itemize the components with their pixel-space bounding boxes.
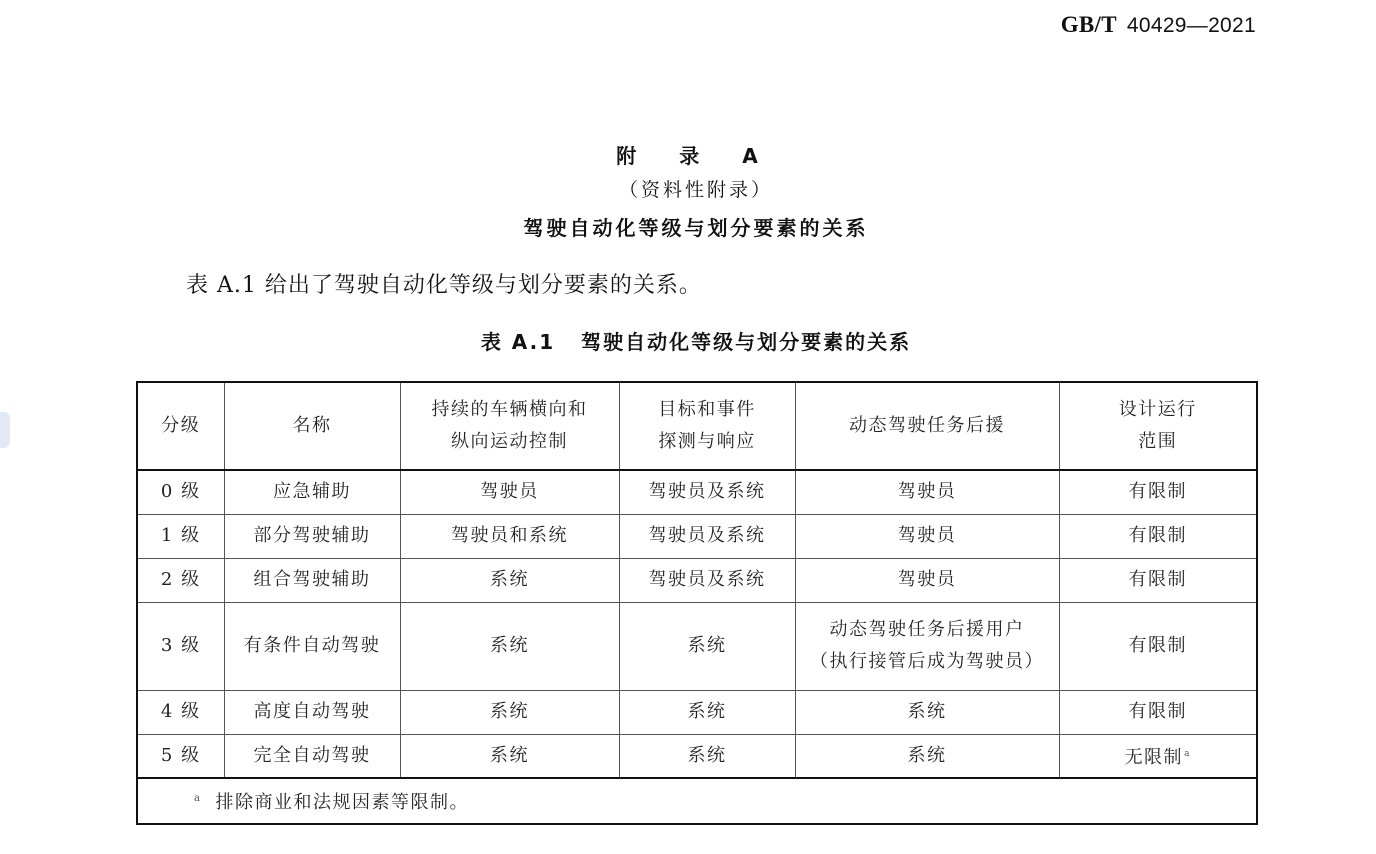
automation-levels-table: 分级 名称 持续的车辆横向和纵向运动控制 目标和事件探测与响应 动态驾驶任务后援…	[136, 381, 1258, 825]
cell-odd: 有限制	[1059, 558, 1257, 602]
cell-oedr: 系统	[619, 734, 795, 778]
table-footnote-row: a排除商业和法规因素等限制。	[137, 778, 1257, 824]
footnote-text: 排除商业和法规因素等限制。	[215, 792, 469, 813]
cell-motion-control: 驾驶员和系统	[400, 514, 619, 558]
watermark-fragment	[0, 412, 10, 448]
header-motion-control: 持续的车辆横向和纵向运动控制	[400, 382, 619, 470]
cell-oedr: 驾驶员及系统	[619, 558, 795, 602]
cell-odd: 有限制	[1059, 470, 1257, 514]
cell-level: 4 级	[137, 690, 224, 734]
cell-name: 有条件自动驾驶	[224, 602, 400, 690]
cell-motion-control: 系统	[400, 690, 619, 734]
table-row: 0 级 应急辅助 驾驶员 驾驶员及系统 驾驶员 有限制	[137, 470, 1257, 514]
table-header-row: 分级 名称 持续的车辆横向和纵向运动控制 目标和事件探测与响应 动态驾驶任务后援…	[137, 382, 1257, 470]
table-row: 2 级 组合驾驶辅助 系统 驾驶员及系统 驾驶员 有限制	[137, 558, 1257, 602]
cell-odd: 有限制	[1059, 602, 1257, 690]
cell-oedr: 系统	[619, 602, 795, 690]
cell-odd: 无限制a	[1059, 734, 1257, 778]
cell-oedr: 驾驶员及系统	[619, 514, 795, 558]
header-odd: 设计运行范围	[1059, 382, 1257, 470]
cell-oedr: 系统	[619, 690, 795, 734]
table-row: 4 级 高度自动驾驶 系统 系统 系统 有限制	[137, 690, 1257, 734]
appendix-name: 驾驶自动化等级与划分要素的关系	[0, 212, 1376, 241]
cell-level: 1 级	[137, 514, 224, 558]
header-oedr: 目标和事件探测与响应	[619, 382, 795, 470]
footnote-mark: a	[194, 793, 201, 804]
cell-name: 完全自动驾驶	[224, 734, 400, 778]
cell-level: 2 级	[137, 558, 224, 602]
table-row: 1 级 部分驾驶辅助 驾驶员和系统 驾驶员及系统 驾驶员 有限制	[137, 514, 1257, 558]
cell-fallback: 系统	[795, 690, 1059, 734]
cell-fallback: 驾驶员	[795, 470, 1059, 514]
table-caption: 表 A.1驾驶自动化等级与划分要素的关系	[0, 326, 1376, 355]
table-caption-title: 驾驶自动化等级与划分要素的关系	[581, 330, 911, 354]
cell-name: 部分驾驶辅助	[224, 514, 400, 558]
cell-odd: 有限制	[1059, 514, 1257, 558]
cell-name: 高度自动驾驶	[224, 690, 400, 734]
cell-name: 组合驾驶辅助	[224, 558, 400, 602]
cell-fallback: 驾驶员	[795, 514, 1059, 558]
cell-level: 0 级	[137, 470, 224, 514]
cell-fallback: 动态驾驶任务后援用户（执行接管后成为驾驶员）	[795, 602, 1059, 690]
cell-fallback: 系统	[795, 734, 1059, 778]
header-level: 分级	[137, 382, 224, 470]
cell-odd: 有限制	[1059, 690, 1257, 734]
cell-level: 5 级	[137, 734, 224, 778]
odd-value: 无限制	[1125, 747, 1184, 768]
cell-motion-control: 系统	[400, 734, 619, 778]
appendix-type: （资料性附录）	[0, 175, 1376, 202]
standard-number: 40429—2021	[1127, 14, 1256, 37]
table-row: 5 级 完全自动驾驶 系统 系统 系统 无限制a	[137, 734, 1257, 778]
cell-motion-control: 系统	[400, 558, 619, 602]
standard-code: GB/T40429—2021	[1061, 12, 1256, 38]
footnote-ref: a	[1184, 749, 1191, 759]
header-fallback: 动态驾驶任务后援	[795, 382, 1059, 470]
table-caption-id: 表 A.1	[481, 330, 555, 354]
cell-name: 应急辅助	[224, 470, 400, 514]
header-name: 名称	[224, 382, 400, 470]
intro-paragraph: 表 A.1 给出了驾驶自动化等级与划分要素的关系。	[186, 268, 702, 299]
table-row: 3 级 有条件自动驾驶 系统 系统 动态驾驶任务后援用户（执行接管后成为驾驶员）…	[137, 602, 1257, 690]
standard-prefix: GB/T	[1061, 12, 1117, 37]
cell-fallback: 驾驶员	[795, 558, 1059, 602]
cell-level: 3 级	[137, 602, 224, 690]
cell-motion-control: 系统	[400, 602, 619, 690]
appendix-title: 附 录 A	[0, 140, 1376, 169]
cell-motion-control: 驾驶员	[400, 470, 619, 514]
table-footnote: a排除商业和法规因素等限制。	[137, 778, 1257, 824]
cell-oedr: 驾驶员及系统	[619, 470, 795, 514]
